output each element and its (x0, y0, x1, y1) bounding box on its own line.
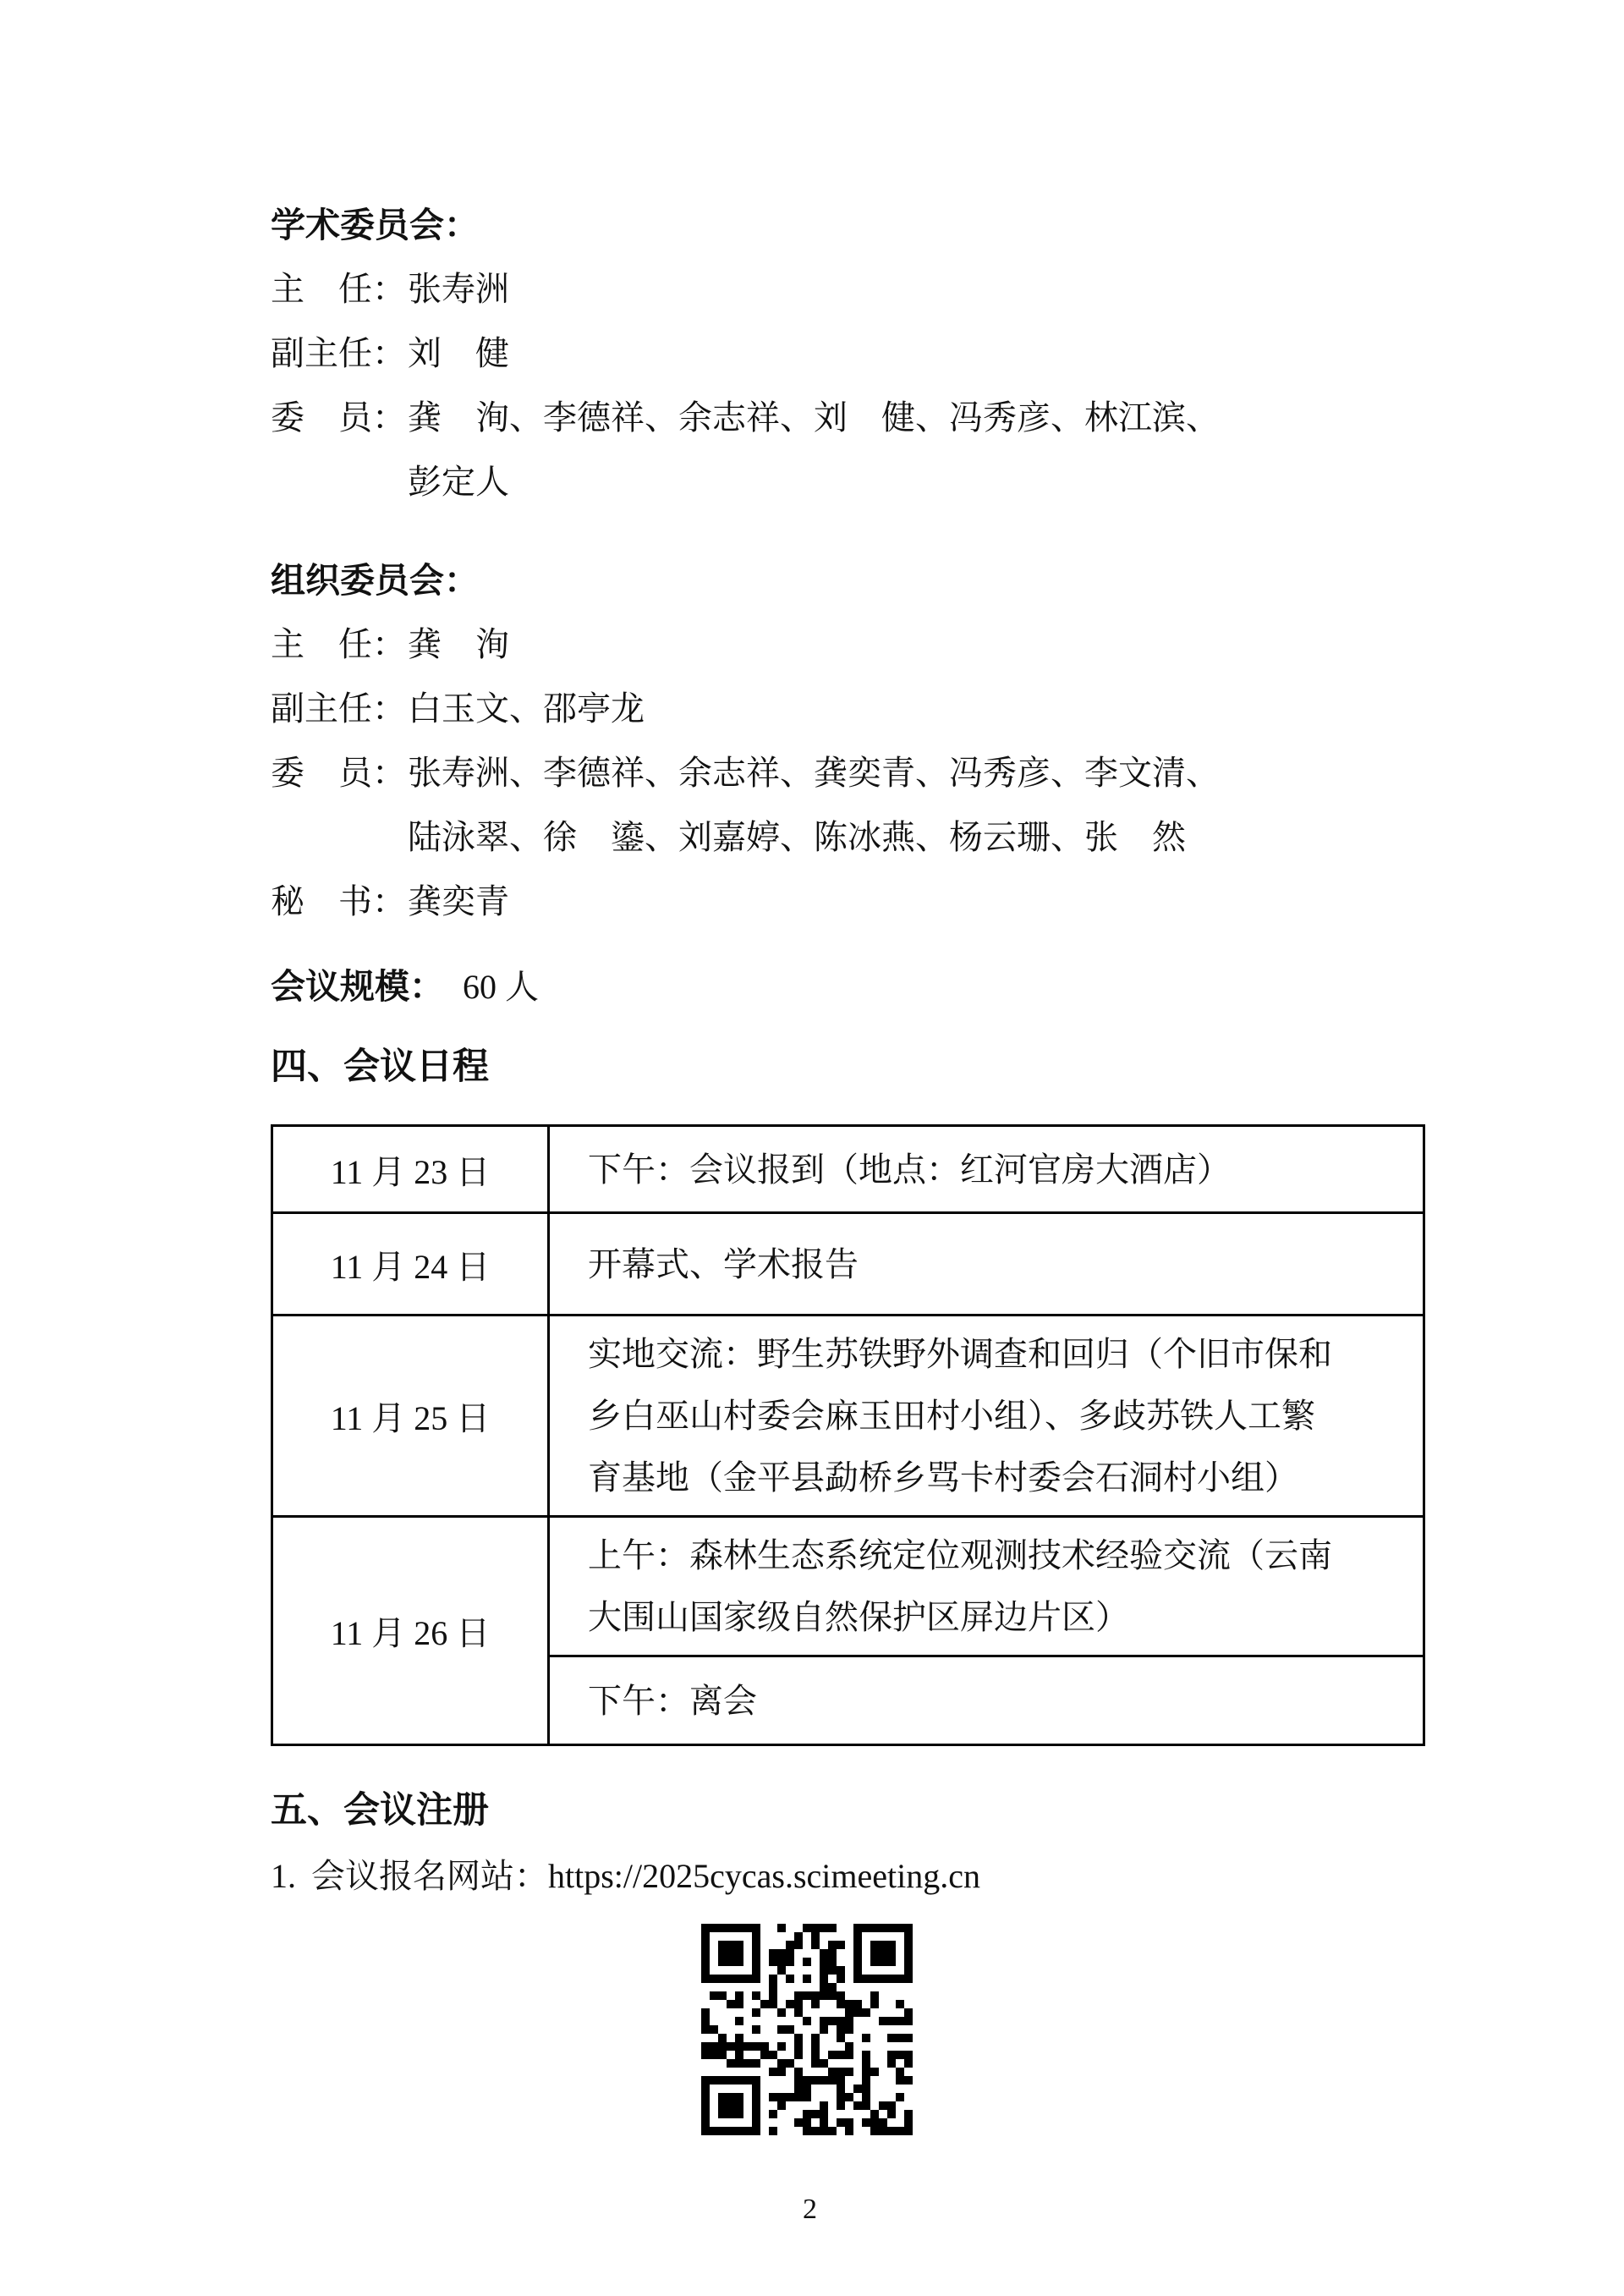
registration-site-label: 会议报名网站： (311, 1844, 548, 1909)
meeting-scale-label: 会议规模： (271, 954, 444, 1019)
registration-item-1: 1.会议报名网站：https://2025cycas.scimeeting.cn (271, 1844, 1425, 1909)
agenda-content: 上午：森林生态系统定位观测技术经验交流（云南大围山国家级自然保护区屏边片区） (549, 1517, 1424, 1656)
member-names: 彭定人 (408, 450, 509, 514)
committee-row: 主 任：龚 洵 (271, 612, 1425, 677)
agenda-content: 下午：离会 (549, 1656, 1424, 1745)
role-label: 秘 书： (271, 870, 408, 934)
role-label: 副主任： (271, 677, 408, 741)
qr-code-container (229, 1924, 1384, 2135)
registration-url-link[interactable]: https://2025cycas.scimeeting.cn (548, 1844, 980, 1909)
committee-row: 委 员：龚 洵、李德祥、余志祥、刘 健、冯秀彦、林江滨、 (271, 386, 1425, 450)
agenda-date: 11 月 24 日 (272, 1213, 549, 1316)
role-label: 副主任： (271, 321, 408, 386)
member-names: 白玉文、邵亭龙 (408, 677, 645, 741)
agenda-content: 开幕式、学术报告 (549, 1213, 1424, 1316)
agenda-content: 下午：会议报到（地点：红河官房大酒店） (549, 1126, 1424, 1213)
agenda-heading: 四、会议日程 (271, 1035, 1425, 1099)
role-label: 委 员： (271, 386, 408, 450)
committee-row: 主 任：张寿洲 (271, 257, 1425, 321)
member-names: 龚 洵 (408, 612, 509, 677)
agenda-row-nov23: 11 月 23 日 下午：会议报到（地点：红河官房大酒店） (272, 1126, 1424, 1213)
member-names: 张寿洲、李德祥、余志祥、龚奕青、冯秀彦、李文清、 (408, 741, 1220, 805)
member-names: 张寿洲 (408, 257, 509, 321)
committee-row-continuation: 陆泳翠、徐 鎏、刘嘉婷、陈冰燕、杨云珊、张 然 (271, 805, 1425, 870)
member-names: 龚奕青 (408, 870, 509, 934)
page-number: 2 (233, 2191, 1387, 2228)
organizing-committee-title: 组织委员会： (271, 548, 1425, 612)
organizing-committee-section: 组织委员会： 主 任：龚 洵 副主任：白玉文、邵亭龙 委 员：张寿洲、李德祥、余… (271, 548, 1425, 934)
role-label: 主 任： (271, 257, 408, 321)
committee-row: 副主任：白玉文、邵亭龙 (271, 677, 1425, 741)
committee-row: 副主任：刘 健 (271, 321, 1425, 386)
member-names: 刘 健 (408, 321, 509, 386)
member-names: 陆泳翠、徐 鎏、刘嘉婷、陈冰燕、杨云珊、张 然 (408, 805, 1186, 870)
qr-code (701, 1924, 913, 2135)
meeting-scale-value: 60 人 (463, 955, 539, 1019)
agenda-row-nov26-morning: 11 月 26 日 上午：森林生态系统定位观测技术经验交流（云南大围山国家级自然… (272, 1517, 1424, 1656)
registration-heading: 五、会议注册 (271, 1778, 1425, 1843)
role-label: 主 任： (271, 612, 408, 677)
academic-committee-title: 学术委员会： (271, 193, 1425, 257)
agenda-row-nov24: 11 月 24 日 开幕式、学术报告 (272, 1213, 1424, 1316)
committee-row: 委 员：张寿洲、李德祥、余志祥、龚奕青、冯秀彦、李文清、 (271, 741, 1425, 805)
meeting-scale-line: 会议规模：60 人 (271, 954, 1425, 1019)
committee-row-continuation: 彭定人 (271, 450, 1425, 514)
role-label: 委 员： (271, 741, 408, 805)
agenda-date: 11 月 25 日 (272, 1316, 549, 1517)
committee-row: 秘 书：龚奕青 (271, 870, 1425, 934)
member-names: 龚 洵、李德祥、余志祥、刘 健、冯秀彦、林江滨、 (408, 386, 1220, 450)
document-page: 学术委员会： 主 任：张寿洲 副主任：刘 健 委 员：龚 洵、李德祥、余志祥、刘… (0, 0, 1624, 2296)
agenda-date: 11 月 23 日 (272, 1126, 549, 1213)
academic-committee-section: 学术委员会： 主 任：张寿洲 副主任：刘 健 委 员：龚 洵、李德祥、余志祥、刘… (271, 193, 1425, 514)
agenda-table: 11 月 23 日 下午：会议报到（地点：红河官房大酒店） 11 月 24 日 … (271, 1124, 1425, 1746)
agenda-content: 实地交流：野生苏铁野外调查和回归（个旧市保和乡白巫山村委会麻玉田村小组）、多歧苏… (549, 1316, 1424, 1517)
list-item-number: 1. (271, 1844, 296, 1909)
agenda-row-nov25: 11 月 25 日 实地交流：野生苏铁野外调查和回归（个旧市保和乡白巫山村委会麻… (272, 1316, 1424, 1517)
agenda-date: 11 月 26 日 (272, 1517, 549, 1745)
